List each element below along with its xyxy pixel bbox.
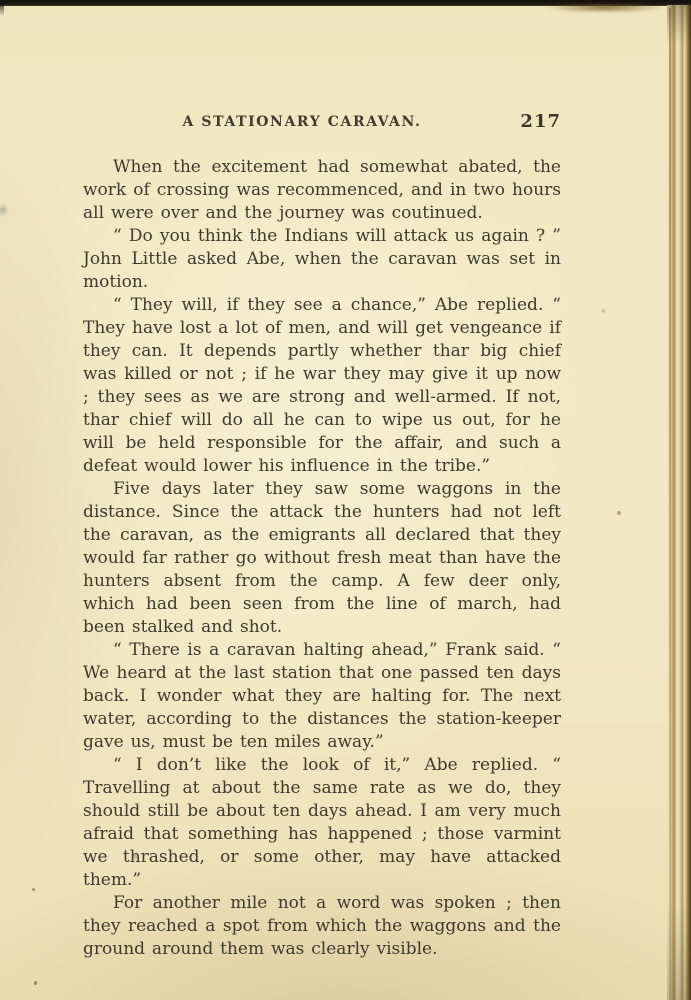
page-number: 217 [520,111,561,132]
page-header: A STATIONARY CARAVAN. 217 [83,114,561,136]
scanned-book-page: A STATIONARY CARAVAN. 217 When the excit… [0,0,691,1000]
scan-corner-smudge [515,4,665,20]
paper-speck [617,511,621,515]
paragraph-5: “ There is a caravan halting ahead,” Fra… [83,639,561,754]
paper-speck [601,308,606,314]
page-content: A STATIONARY CARAVAN. 217 When the excit… [83,114,561,961]
scan-smudge [0,203,9,217]
paper-speck [32,888,35,891]
paragraph-7: For another mile not a word was spoken ;… [83,892,561,961]
page-edge-line [669,8,671,1000]
paragraph-4: Five days later they saw some waggons in… [83,478,561,639]
scan-corner-shadow [0,0,4,16]
body-text: When the excitement had somewhat abated,… [83,156,561,961]
paragraph-2: “ Do you think the Indians will attack u… [83,225,561,294]
paragraph-6: “ I don’t like the look of it,” Abe repl… [83,754,561,892]
running-header-title: A STATIONARY CARAVAN. [83,114,561,130]
paper-speck [34,981,37,985]
paragraph-3: “ They will, if they see a chance,” Abe … [83,294,561,478]
paragraph-1: When the excitement had somewhat abated,… [83,156,561,225]
